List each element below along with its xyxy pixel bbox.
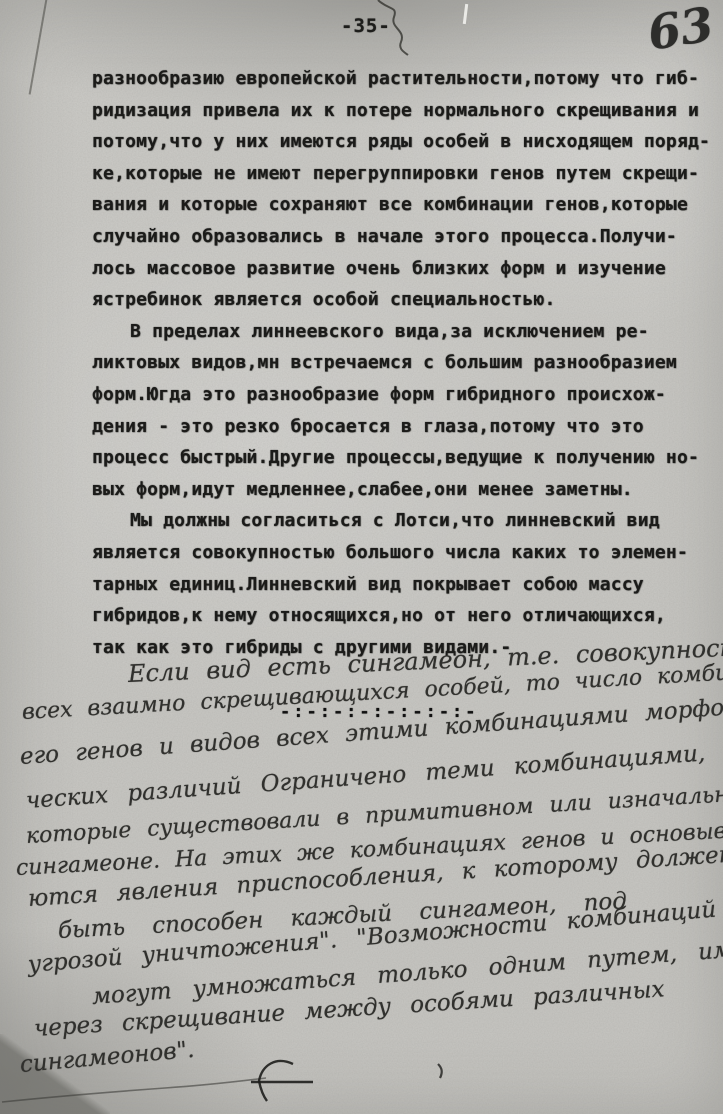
- scratch-mark: [463, 4, 468, 24]
- typed-line: ястребинок является особой специальность…: [92, 284, 710, 316]
- typed-line: вания и которые сохраняют все комбинации…: [92, 189, 710, 221]
- typed-line: В пределах линнеевского вида,за исключен…: [92, 316, 710, 348]
- typed-line: вых форм,идут медленнее,слабее,они менее…: [92, 474, 710, 506]
- typed-line: гибридов,к нему относящихся,но от него о…: [92, 600, 710, 632]
- typed-line: лось массовое развитие очень близких фор…: [92, 253, 710, 285]
- typed-line: форм.Югда это разнообразие форм гибридно…: [92, 379, 710, 411]
- crease-mark: [29, 0, 48, 95]
- typed-line: ликтовых видов,мн встречаемся с большим …: [92, 347, 710, 379]
- typed-line: дения - это резко бросается в глаза,пото…: [92, 411, 710, 443]
- typed-line: тарных единиц.Линневский вид покрывает с…: [92, 569, 710, 601]
- typed-line: ридизация привела их к потере нормальног…: [92, 95, 710, 127]
- typed-line: Мы должны согласиться с Лотси,что линнев…: [92, 505, 710, 537]
- folio-number: 63: [644, 0, 717, 62]
- document-page: -35- 63 разнообразию европейской растите…: [0, 0, 723, 1114]
- typed-line: потому,что у них имеются ряды особей в н…: [92, 126, 710, 158]
- page-number: -35-: [341, 15, 391, 37]
- typed-line: разнообразию европейской растительности,…: [92, 63, 710, 95]
- typed-text-block: разнообразию европейской растительности,…: [92, 63, 710, 663]
- typed-line: процесс быстрый.Другие процессы,ведущие …: [92, 442, 710, 474]
- typed-line: ке,которые не имеют перегруппировки гено…: [92, 158, 710, 190]
- typed-line: является совокупностью большого числа ка…: [92, 537, 710, 569]
- typed-line: случайно образовались в начале этого про…: [92, 221, 710, 253]
